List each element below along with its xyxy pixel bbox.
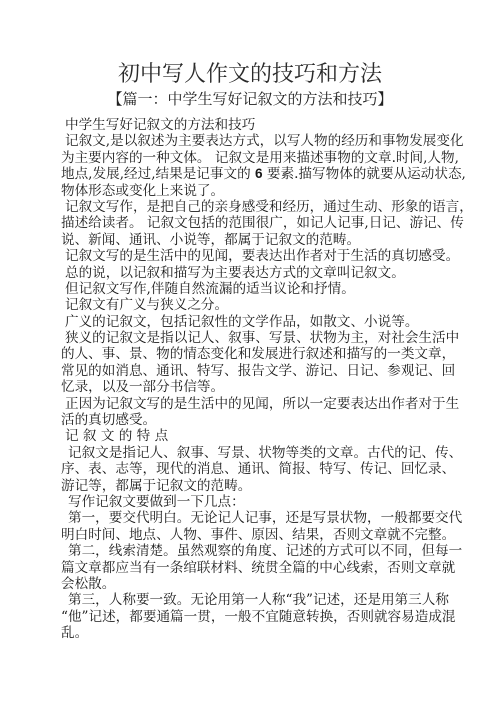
text-line: 忆录，以及一部分书信等。 — [61, 379, 461, 395]
text-line: 会松散。 — [61, 576, 461, 592]
bold-number: 6 — [255, 166, 263, 181]
text-line: 记叙文,是以叙述为主要表达方式，以写人物的经历和事物发展变化 — [61, 133, 461, 149]
text-line: 但记叙文写作,伴随自然流漏的适当议论和抒情。 — [61, 281, 461, 297]
text-line: 序、表、志等，现代的消息、通讯、简报、特写、传记、回忆录、 — [61, 461, 461, 477]
text-line: 乱。 — [61, 625, 461, 641]
text-line: 明白时间、地点、人物、事件、原因、结果，否则文章就不完整。 — [61, 527, 461, 543]
text-line: 广义的记叙文，包括记叙性的文学作品，如散文、小说等。 — [61, 314, 461, 330]
page-title: 初中写人作文的技巧和方法 — [0, 62, 500, 88]
text-line: 物体形态或变化上来说了。 — [61, 183, 461, 199]
text-line: 为主要内容的一种文体。 记叙文是用来描述事物的文章.时间,人物, — [61, 150, 461, 166]
text-line: 写作记叙文要做到一下几点： — [61, 494, 461, 510]
text-line: 地点,发展,经过,结果是记事文的 6 要素.描写物体的就要从运动状态, — [61, 166, 461, 182]
text-line: 总的说，以记叙和描写为主要表达方式的文章叫记叙文。 — [61, 265, 461, 281]
text-line: 的人、事、景、物的情态变化和发展进行叙述和描写的一类文章， — [61, 346, 461, 362]
text-line: 第三，人称要一致。无论用第一人称“我”记述，还是用第三人称 — [61, 592, 461, 608]
text-line: 活的真切感受。 — [61, 412, 461, 428]
text-line: 正因为记叙文写的是生活中的见闻，所以一定要表达出作者对于生 — [61, 396, 461, 412]
text-line: 记叙文有广义与狭义之分。 — [61, 297, 461, 313]
article-body: 中学生写好记叙文的方法和技巧 记叙文,是以叙述为主要表达方式，以写人物的经历和事… — [61, 117, 461, 642]
page-subtitle: 【篇一：中学生写好记叙文的方法和技巧】 — [0, 90, 500, 108]
text-line: 狭义的记叙文是指以记人、叙事、写景、状物为主，对社会生活中 — [61, 330, 461, 346]
text-segment: 要素.描写物体的就要从运动状态, — [263, 166, 466, 182]
text-line: 描述给读者。 记叙文包括的范围很广，如记人记事,日记、游记、传 — [61, 215, 461, 231]
text-line: 记叙文是指记人、叙事、写景、状物等类的文章。古代的记、传、 — [61, 445, 461, 461]
text-line: “他”记述，都要通篇一贯，一般不宜随意转换，否则就容易造成混 — [61, 609, 461, 625]
text-segment: 地点,发展,经过,结果是记事文的 — [61, 166, 255, 182]
text-line: 篇文章都应当有一条绾联材料、统贯全篇的中心线索，否则文章就 — [61, 560, 461, 576]
text-line: 游记等，都属于记叙文的范畴。 — [61, 478, 461, 494]
text-line: 第二，线索清楚。虽然观察的角度、记述的方式可以不同，但每一 — [61, 543, 461, 559]
text-line: 第一，要交代明白。无论记人记事，还是写景状物，一般都要交代 — [61, 510, 461, 526]
text-line: 常见的如消息、通讯、特写、报告文学、游记、日记、参观记、回 — [61, 363, 461, 379]
text-line: 记叙文写的是生活中的见闻，要表达出作者对于生活的真切感受。 — [61, 248, 461, 264]
text-line: 记叙文写作，是把自己的亲身感受和经历，通过生动、形象的语言， — [61, 199, 461, 215]
section-heading: 中学生写好记叙文的方法和技巧 — [61, 117, 461, 133]
section-heading: 记 叙 文 的 特 点 — [61, 428, 461, 444]
text-line: 说、新闻、通讯、小说等，都属于记叙文的范畴。 — [61, 232, 461, 248]
